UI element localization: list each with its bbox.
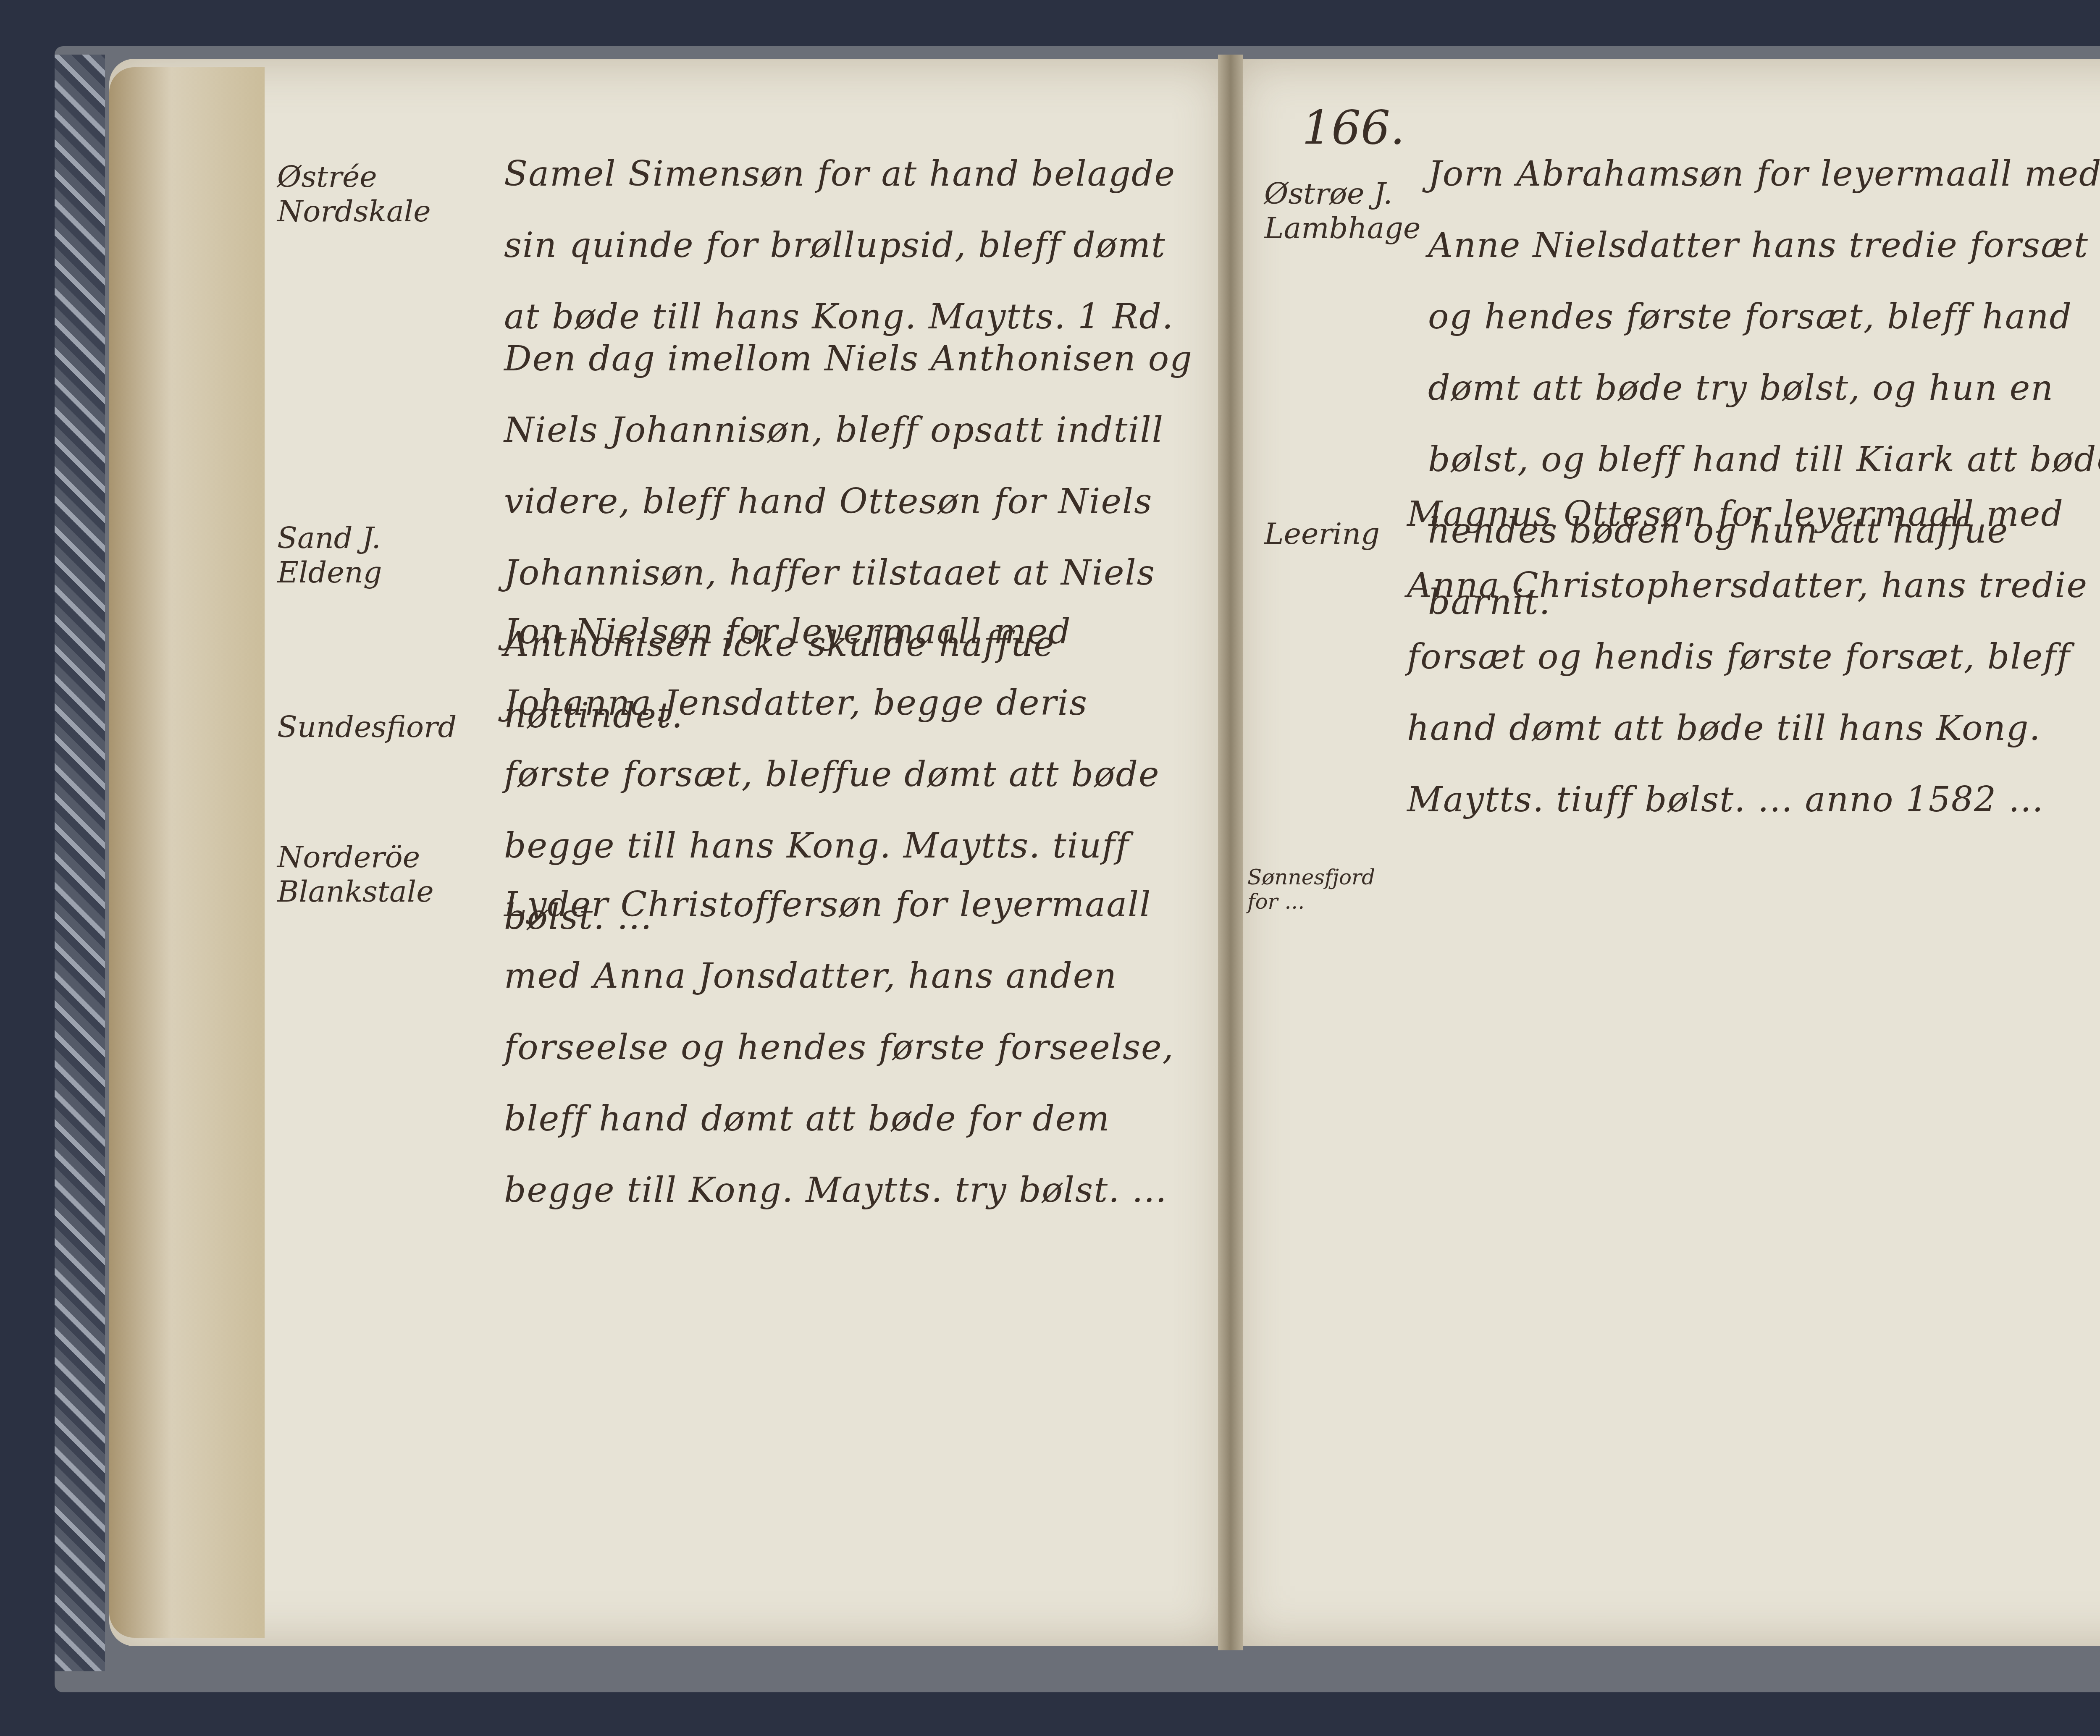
entry: Magnus Ottesøn for leyermaall med Anna C… xyxy=(1407,479,2100,836)
page-number: 166. xyxy=(1302,101,1405,155)
left-page-worn-edge xyxy=(109,67,265,1638)
book-gutter xyxy=(1218,55,1243,1650)
margin-note: Sønnesfjord for ... xyxy=(1247,865,1357,914)
margin-note: Leering xyxy=(1264,517,1380,551)
margin-note: Sundesfiord xyxy=(277,710,457,744)
marbled-endpaper-left xyxy=(55,55,105,1671)
margin-note: Sand J. Eldeng xyxy=(277,521,403,590)
entry: Lyder Christoffersøn for leyermaall med … xyxy=(504,869,1197,1226)
margin-note: Norderöe Blankstale xyxy=(277,840,403,909)
margin-note: Østrée Nordskale xyxy=(277,160,445,228)
margin-note: Østrøe J. Lambhage xyxy=(1264,176,1411,245)
entry: Samel Simensøn for at hand belagde sin q… xyxy=(504,139,1197,353)
